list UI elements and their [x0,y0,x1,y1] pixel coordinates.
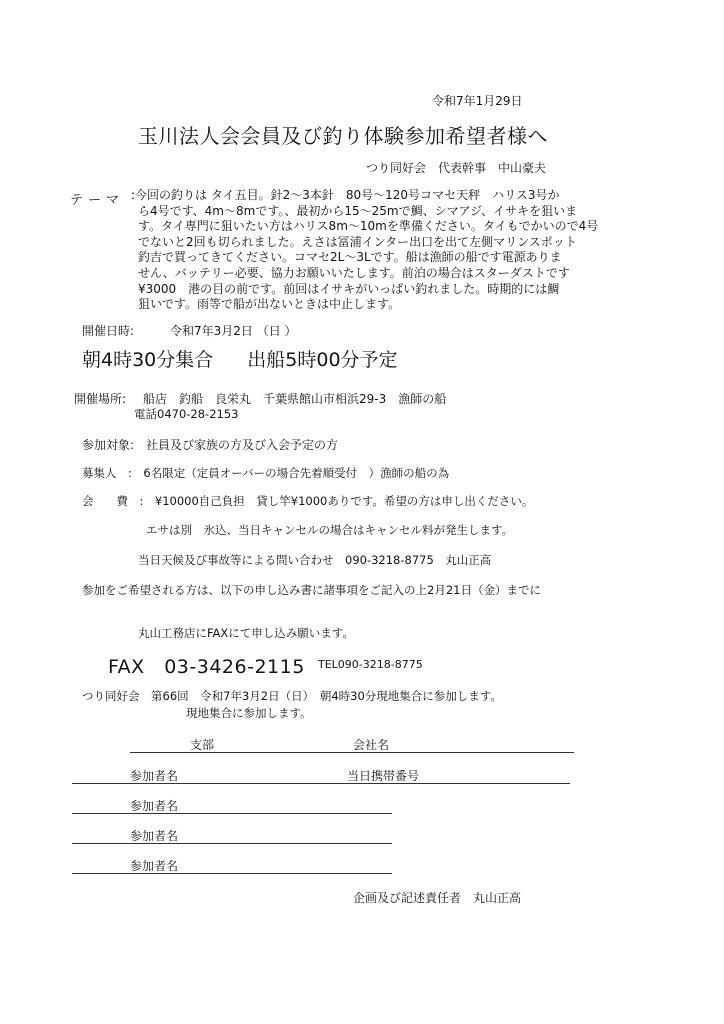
participant-label: 参加者名 [130,767,178,784]
theme-line: す。タイ専門に狙いたい方はハリス8m～10mを準備ください。タイもでかいので4号 [131,219,551,235]
theme-line: ら4号です、4m～8mです。、最初から15～25mで鯛、シマアジ、イサキを狙いま [131,204,551,220]
entry-statement-2: 現地集合に参加します。 [186,705,312,721]
participant-field[interactable] [72,873,392,874]
application-instructions: 参加をご希望される方は、以下の申し込み書に諸事項をご記入の上2月21日（金）まで… [82,582,541,598]
event-times: 朝4時30分集合出船5時00分予定 [82,345,398,372]
document-author: つり同好会 代表幹事 中山豪夫 [366,159,546,176]
theme-body: :今回の釣りは タイ五目。針2～3本針 80号～120号コマセ天秤 ハリス3号か… [131,188,551,313]
venue-value: 船店 釣船 良栄丸 千葉県館山市相浜29-3 漁師の船 [143,390,446,407]
document-title: 玉川法人会会員及び釣り体験参加希望者様へ [138,120,548,149]
recruitment: 募集人 : 6名限定（定員オーバーの場合先着順受付 ）漁師の船の為 [82,465,449,481]
application-instructions-2: 丸山工務店にFAXにて申し込み願います。 [138,625,354,641]
fax-number: FAX 03-3426-2115 [108,652,305,679]
participant-label: 参加者名 [130,857,178,874]
theme-line: せん、バッテリー必要、協力お願いいたします。前泊の場合はスターダストです [131,266,551,282]
venue-label: 開催場所: [74,390,126,407]
theme-line: 釣吉で買ってきてください。コマセ2L～3Lです。船は漁師の船です電源ありま [131,250,551,266]
entry-statement: つり同好会 第66回 令和7年3月2日（日） 朝4時30分現地集合に参加します。 [82,688,502,704]
theme-line: でないと2回も切られました。えさは冨浦インター出口を出て左側マリンスポット [131,235,551,251]
theme-label: テーマ [70,189,124,208]
branch-label: 支部 [190,736,214,753]
assembly-time: 朝4時30分集合 [82,349,213,371]
contact-info: 当日天候及び事故等による問い合わせ 090-3218-8775 丸山正高 [138,552,491,568]
participant-label: 参加者名 [130,827,178,844]
event-date-label: 開催日時: [82,322,134,339]
fee-note: エサは別 氷込、当日キャンセルの場合はキャンセル料が発生します。 [146,522,513,538]
theme-line: ¥3000 港の目の前です。前回はイサキがいっぱい釣れました。時期的には鯛 [131,282,551,298]
venue-phone: 電話0470-28-2153 [134,406,238,422]
company-label: 会社名 [353,736,389,753]
departure-time: 出船5時00分予定 [247,349,397,371]
participant-field[interactable] [72,813,392,814]
participant-label: 参加者名 [130,797,178,814]
theme-line: :今回の釣りは タイ五目。針2～3本針 80号～120号コマセ天秤 ハリス3号か [131,188,551,204]
participant-field[interactable] [72,843,392,844]
tel-number: TEL090-3218-8775 [318,658,423,671]
responsible-person: 企画及び記述責任者 丸山正高 [353,889,521,906]
target-audience: 参加対象: 社員及び家族の方及び入会予定の方 [82,436,338,453]
fee: 会 費 : ¥10000自己負担 貸し竿¥1000ありです。希望の方は申し出くだ… [82,493,533,509]
event-date-value: 令和7年3月2日 （日 ） [170,322,297,339]
mobile-label: 当日携帯番号 [347,767,419,784]
theme-line: 狙いです。雨等で船が出ないときは中止します。 [131,297,551,313]
document-date: 令和7年1月29日 [432,92,523,109]
